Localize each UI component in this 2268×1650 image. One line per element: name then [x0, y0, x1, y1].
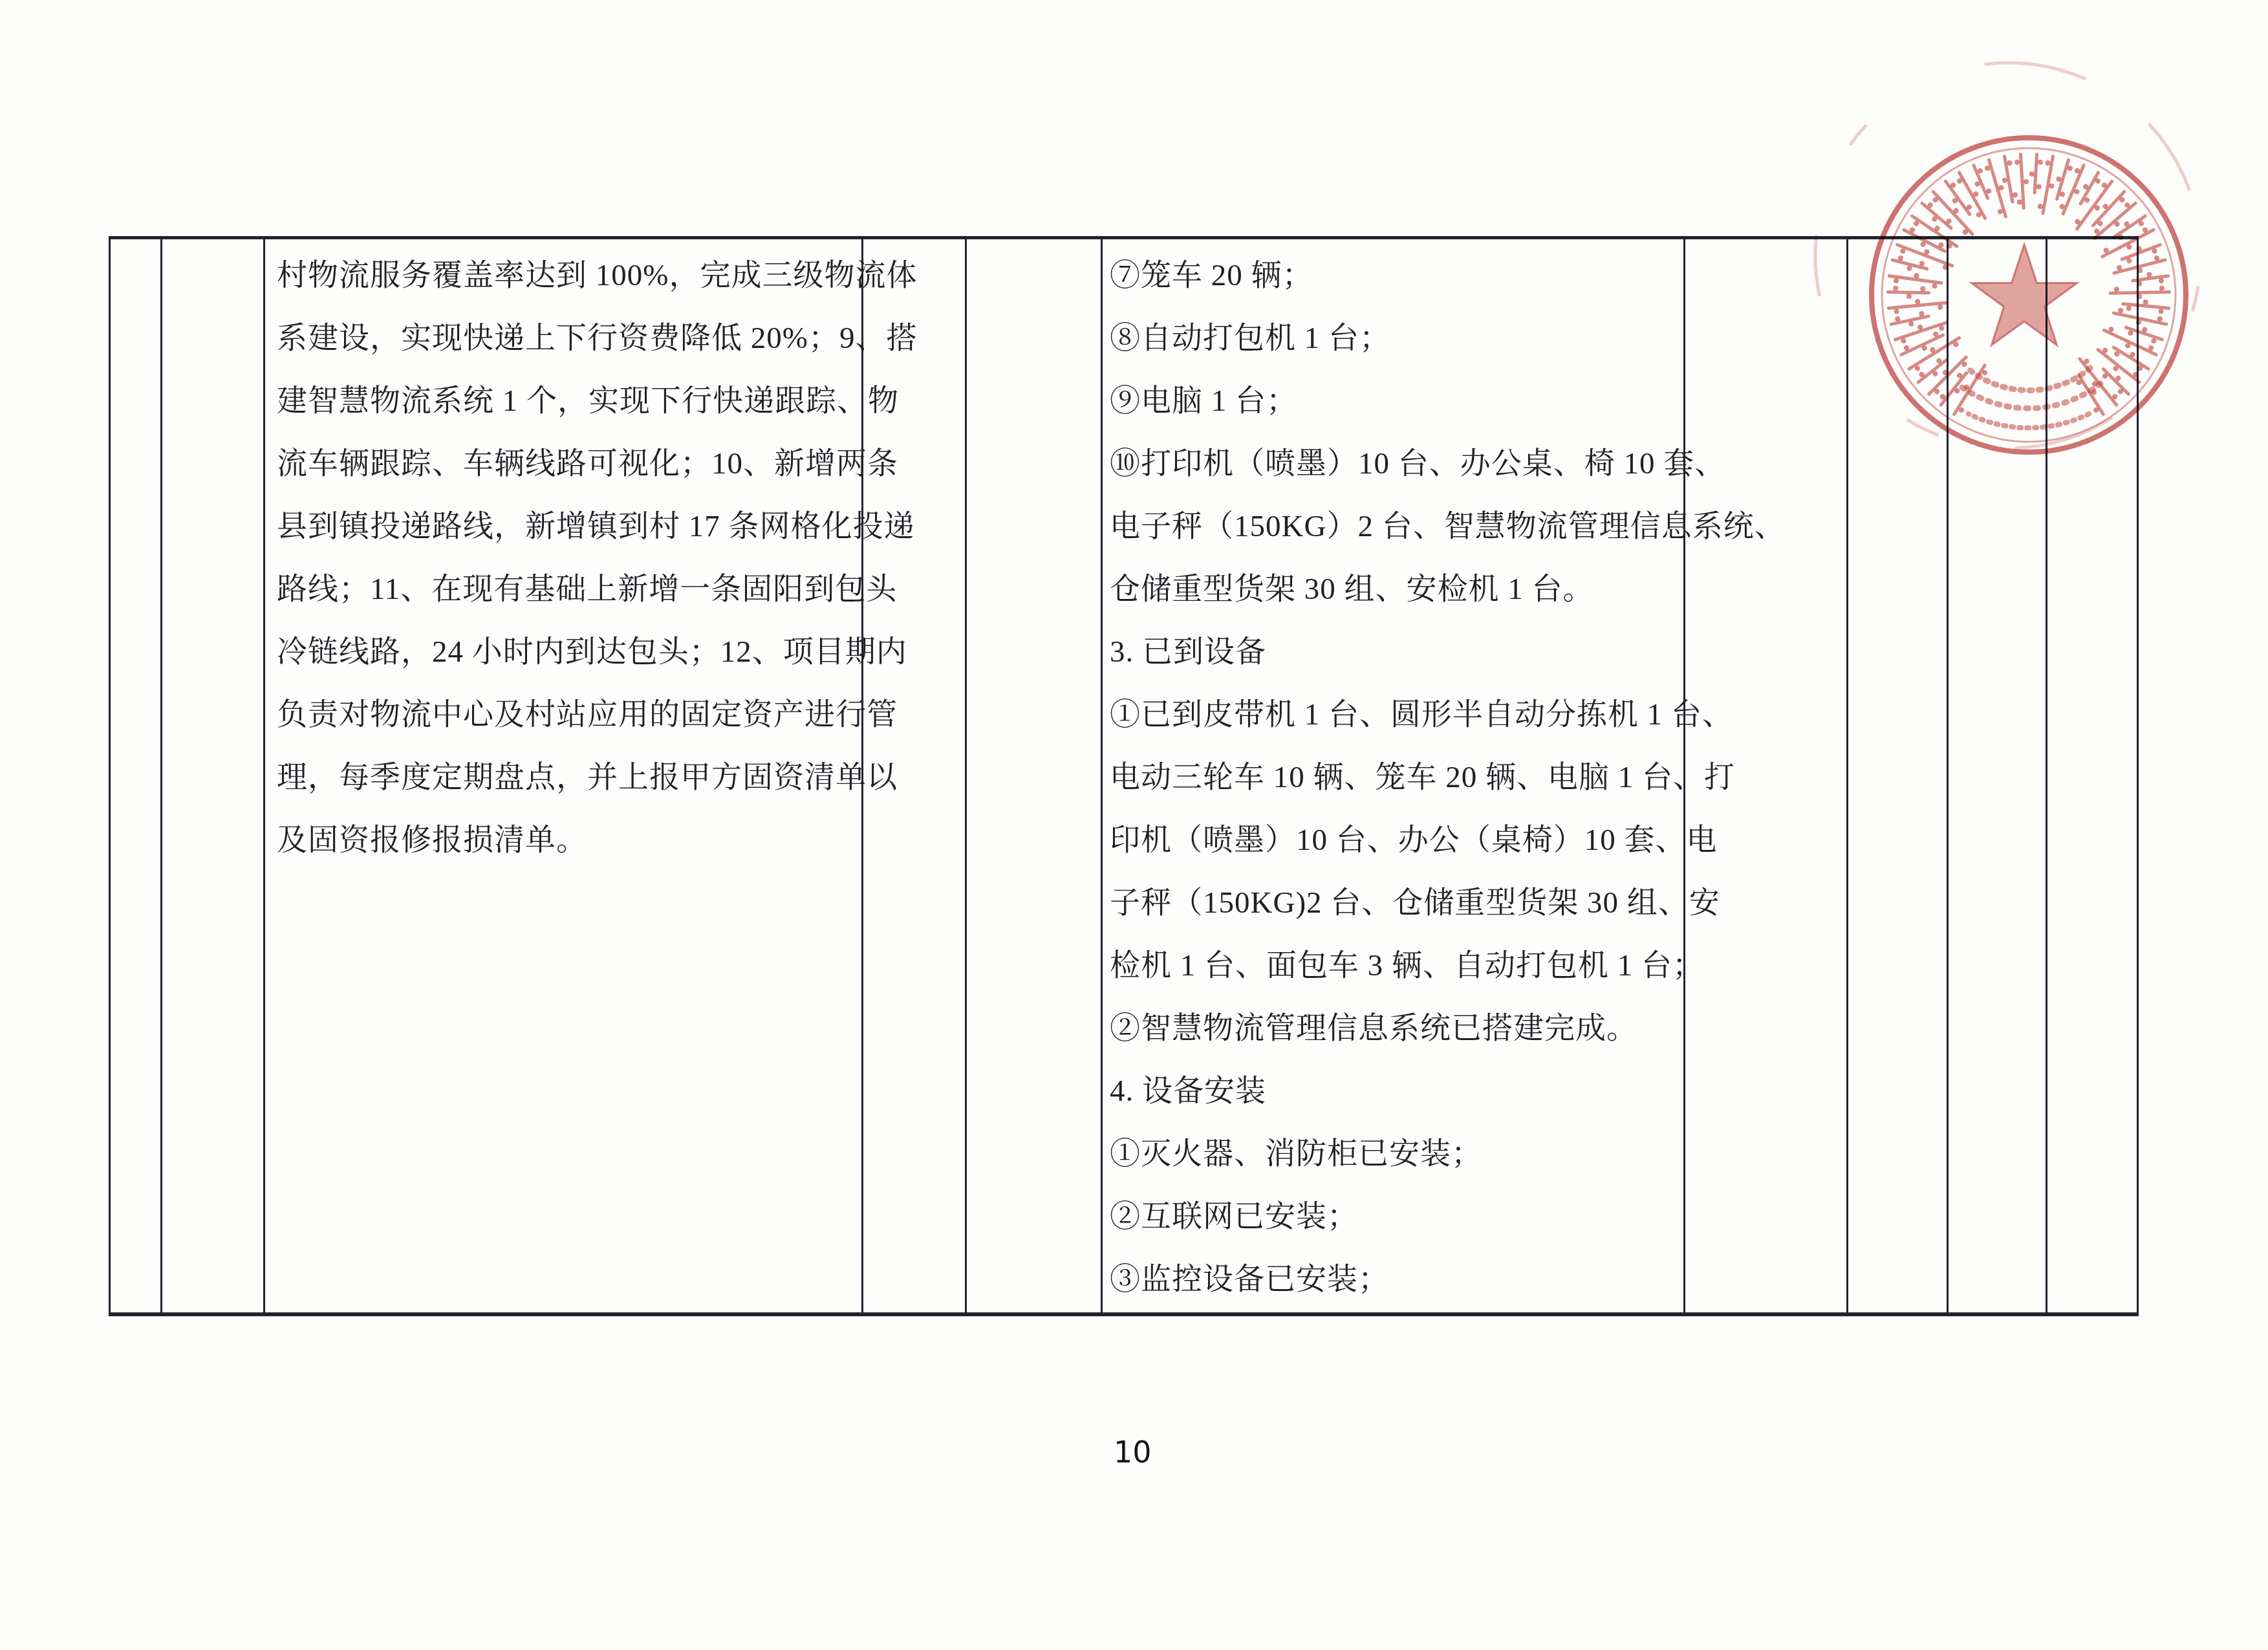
- text-line: 流车辆跟踪、车辆线路可视化；10、新增两条: [277, 429, 865, 492]
- table-gridline: [1947, 236, 1949, 1316]
- table-gridline: [263, 236, 265, 1316]
- table-cell-indicator-content: 村物流服务覆盖率达到 100%，完成三级物流体 系建设，实现快递上下行资费降低 …: [277, 241, 865, 869]
- text-line: 3. 已到设备: [1110, 618, 1692, 680]
- text-line: 系建设，实现快递上下行资费降低 20%；9、搭: [277, 304, 865, 367]
- text-line: 负责对物流中心及村站应用的固定资产进行管: [277, 680, 865, 743]
- text-line: ⑧自动打包机 1 台；: [1110, 304, 1692, 367]
- text-line: ①灭火器、消防柜已安装；: [1110, 1120, 1692, 1182]
- text-line: 印机（喷墨）10 台、办公（桌椅）10 套、电: [1110, 806, 1692, 869]
- text-line: 路线；11、在现有基础上新增一条固阳到包头: [277, 555, 865, 618]
- text-line: 县到镇投递路线，新增镇到村 17 条网格化投递: [277, 492, 865, 555]
- text-line: 建智慧物流系统 1 个，实现下行快递跟踪、物: [277, 367, 865, 429]
- table-gridline: [160, 236, 162, 1316]
- text-line: 冷链线路，24 小时内到达包头；12、项目期内: [277, 618, 865, 680]
- text-line: 村物流服务覆盖率达到 100%，完成三级物流体: [277, 241, 865, 304]
- table-cell-progress-status: ⑦笼车 20 辆； ⑧自动打包机 1 台； ⑨电脑 1 台； ⑩打印机（喷墨）1…: [1110, 241, 1692, 1308]
- table-gridline: [965, 236, 967, 1316]
- text-line: 及固资报修报损清单。: [277, 806, 865, 869]
- text-line: ⑨电脑 1 台；: [1110, 367, 1692, 429]
- table-gridline: [1101, 236, 1103, 1316]
- table-gridline: [2046, 236, 2047, 1316]
- table-gridline: [1846, 236, 1848, 1316]
- text-line: 仓储重型货架 30 组、安检机 1 台。: [1110, 555, 1692, 618]
- text-line: ③监控设备已安装；: [1110, 1245, 1692, 1308]
- text-line: ②智慧物流管理信息系统已搭建完成。: [1110, 994, 1692, 1057]
- text-line: 检机 1 台、面包车 3 辆、自动打包机 1 台；: [1110, 931, 1692, 994]
- text-line: ①已到皮带机 1 台、圆形半自动分拣机 1 台、: [1110, 680, 1692, 743]
- text-line: 电动三轮车 10 辆、笼车 20 辆、电脑 1 台、打: [1110, 743, 1692, 806]
- text-line: ⑦笼车 20 辆；: [1110, 241, 1692, 304]
- text-line: 子秤（150KG)2 台、仓储重型货架 30 组、安: [1110, 869, 1692, 931]
- page-number: 10: [1114, 1435, 1152, 1470]
- text-line: 理，每季度定期盘点，并上报甲方固资清单以: [277, 743, 865, 806]
- text-line: ⑩打印机（喷墨）10 台、办公桌、椅 10 套、: [1110, 429, 1692, 492]
- text-line: ②互联网已安装；: [1110, 1182, 1692, 1245]
- text-line: 4. 设备安装: [1110, 1057, 1692, 1120]
- scanned-document-page: 村物流服务覆盖率达到 100%，完成三级物流体 系建设，实现快递上下行资费降低 …: [0, 0, 2268, 1650]
- text-line: 电子秤（150KG）2 台、智慧物流管理信息系统、: [1110, 492, 1692, 555]
